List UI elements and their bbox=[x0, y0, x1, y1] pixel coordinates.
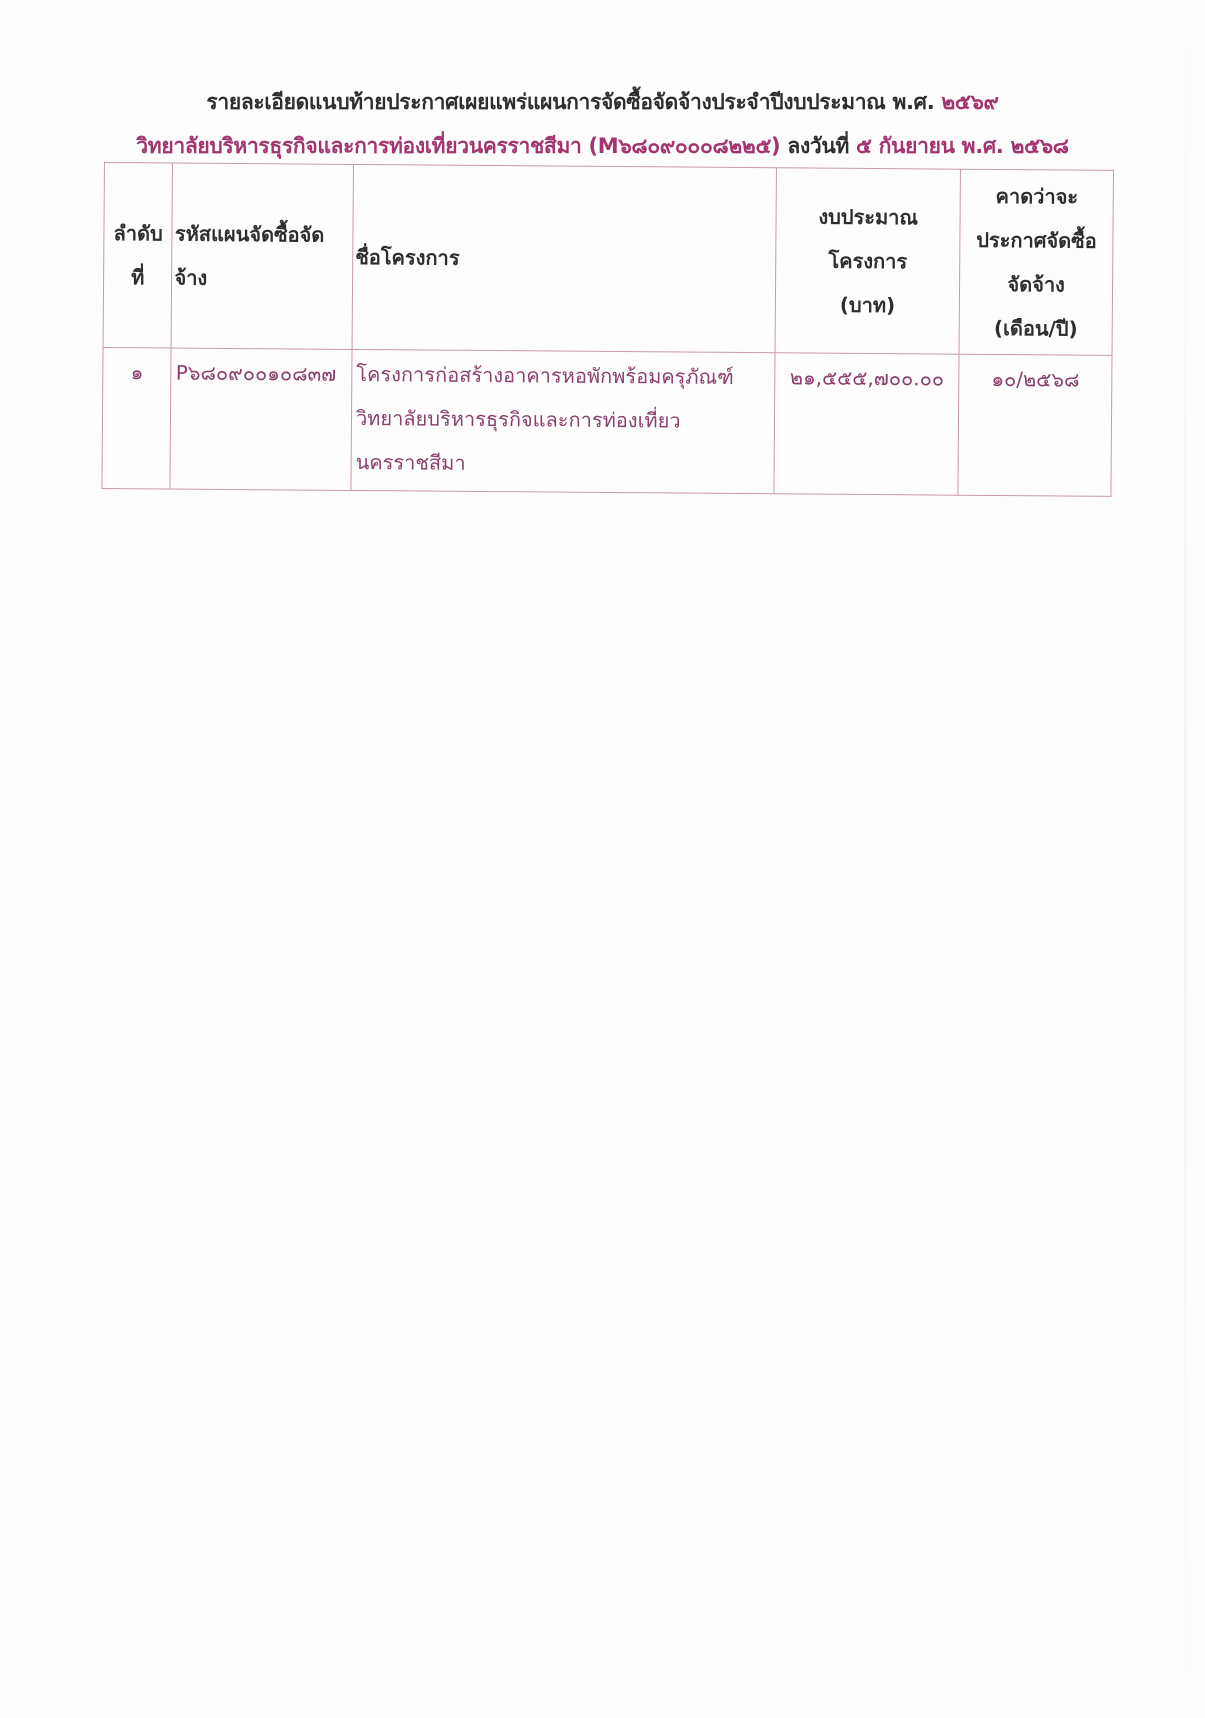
cell-budget: ๒๑,๕๕๕,๗๐๐.๐๐ bbox=[774, 353, 959, 495]
cell-plan-code: P๖๘๐๙๐๐๑๐๘๓๗ bbox=[170, 348, 352, 490]
dated-era: พ.ศ. bbox=[962, 134, 1004, 158]
header-project-name: ชื่อโครงการ bbox=[352, 164, 776, 352]
title-text: รายละเอียดแนบท้ายประกาศเผยแพร่แผนการจัดซ… bbox=[206, 90, 934, 114]
header-budget: งบประมาณ โครงการ (บาท) bbox=[775, 168, 961, 354]
dated-label: ลงวันที่ bbox=[787, 134, 849, 158]
scan-artifact bbox=[1184, 0, 1187, 1718]
table-header-row: ลำดับ ที่ รหัสแผนจัดซื้อจัด จ้าง ชื่อโคร… bbox=[103, 163, 1113, 356]
header-expected-announce: คาดว่าจะ ประกาศจัดซื้อ จัดจ้าง (เดือน/ปี… bbox=[959, 169, 1113, 355]
cell-expected-announce: ๑๐/๒๕๖๘ bbox=[958, 354, 1112, 496]
document-title: รายละเอียดแนบท้ายประกาศเผยแพร่แผนการจัดซ… bbox=[0, 86, 1205, 119]
cell-no: ๑ bbox=[102, 347, 172, 489]
cell-project-name: โครงการก่อสร้างอาคารหอพักพร้อมครุภัณฑ์ ว… bbox=[351, 349, 775, 493]
org-name: วิทยาลัยบริหารธุรกิจและการท่องเที่ยวนครร… bbox=[136, 134, 780, 158]
header-plan-code: รหัสแผนจัดซื้อจัด จ้าง bbox=[171, 163, 353, 349]
procurement-plan-table: ลำดับ ที่ รหัสแผนจัดซื้อจัด จ้าง ชื่อโคร… bbox=[101, 162, 1114, 497]
dated-year: ๒๕๖๘ bbox=[1011, 134, 1069, 158]
table-row: ๑ P๖๘๐๙๐๐๑๐๘๓๗ โครงการก่อสร้างอาคารหอพัก… bbox=[102, 347, 1112, 496]
title-year: ๒๕๖๙ bbox=[941, 90, 998, 114]
dated-day: ๕ กันยายน bbox=[856, 134, 955, 158]
document-subtitle: วิทยาลัยบริหารธุรกิจและการท่องเที่ยวนครร… bbox=[0, 130, 1205, 163]
header-no: ลำดับ ที่ bbox=[103, 163, 173, 349]
